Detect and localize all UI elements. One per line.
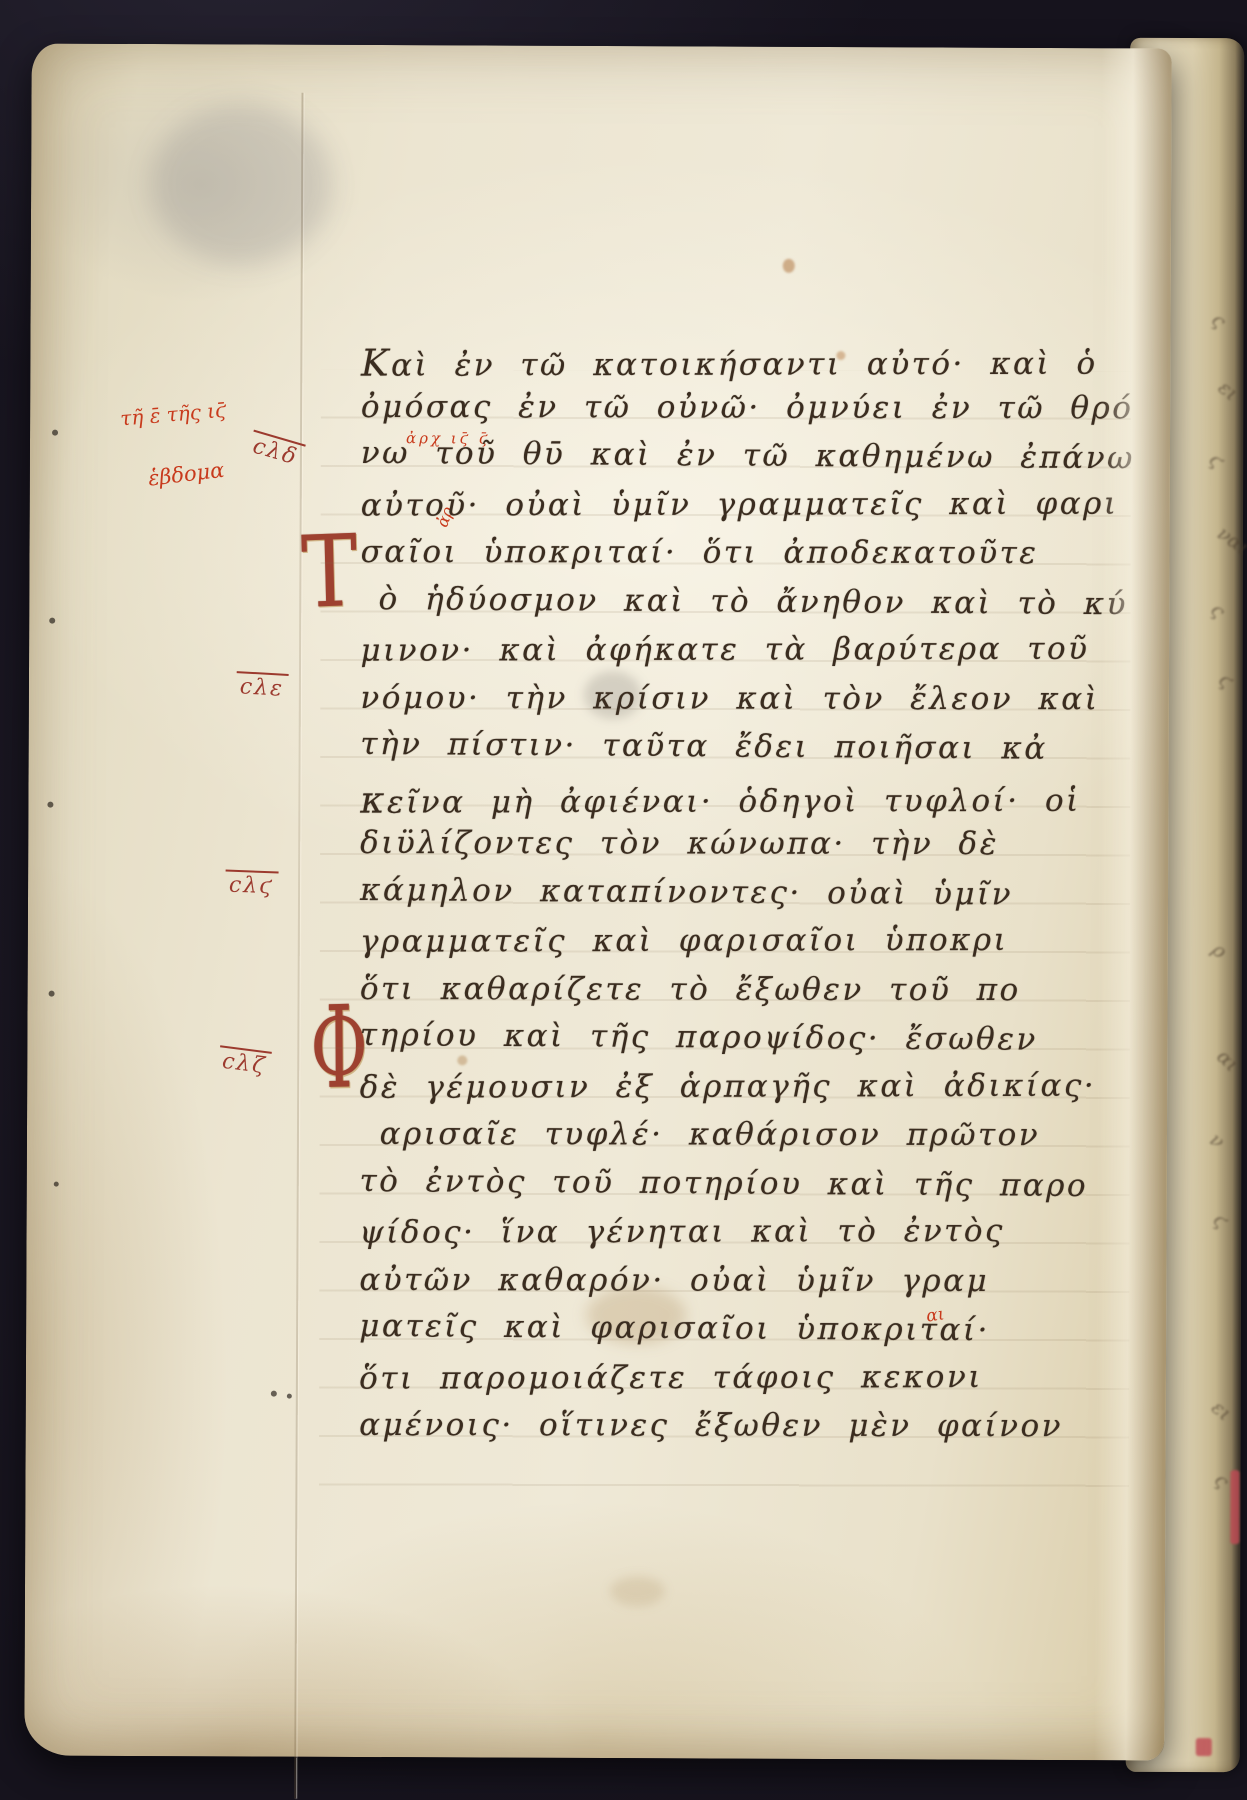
pricking-dot — [52, 430, 58, 436]
ribbon-edge — [1196, 1738, 1212, 1756]
text-line: δὲ γέμουσιν ἐξ ἁρπαγῆς καὶ ἀδικίας· — [360, 1067, 1140, 1118]
text-line: κάμηλον καταπίνοντες· οὐαὶ ὑμῖν — [360, 871, 1140, 925]
edge-text-fragment: ναι — [1213, 521, 1247, 560]
ink-dot — [271, 1391, 277, 1397]
gray-stain — [151, 104, 332, 265]
text-line: διϋλίζοντες τὸν κώνωπα· τὴν δὲ — [360, 825, 1140, 875]
text-line: νόμου· τὴν κρίσιν καὶ τὸν ἔλεον καὶ — [360, 679, 1140, 729]
text-line: τηρίου καὶ τῆς παροψίδος· ἔσωθεν — [360, 1017, 1140, 1071]
text-line: Καὶ ἐν τῶ κατοικήσαντι αὐτό· καὶ ὁ — [361, 340, 1141, 391]
text-line: αὐτοῦ· οὐαὶ ὑμῖν γραμματεῖς καὶ φαρι — [361, 485, 1141, 536]
pricking-dot — [49, 618, 55, 624]
text-line: ὅτι παρομοιάζετε τάφοις κεκονι — [359, 1358, 1139, 1409]
vertical-crease — [294, 93, 303, 1799]
section-number: ϲλζ — [217, 1045, 272, 1079]
edge-text-fragment: ϛ — [1209, 1207, 1233, 1232]
edge-text-fragment: ει — [1214, 375, 1243, 405]
text-line: ὀμόσας ἐν τῶ οὐνῶ· ὀμνύει ἐν τῶ θρό — [361, 388, 1141, 438]
lection-note-line2: ἑβδομα — [147, 458, 226, 491]
text-line: κεῖνα μὴ ἀφιέναι· ὁδηγοὶ τυφλοί· οἱ — [360, 776, 1140, 827]
text-line: νω τοῦ θῡ καὶ ἐν τῶ καθημένω ἐπάνω — [361, 435, 1141, 489]
text-column: Καὶ ἐν τῶ κατοικήσαντι αὐτό· καὶ ὁ ὀμόσα… — [359, 340, 1141, 1457]
text-line: ὅτι καθαρίζετε τὸ ἔξωθεν τοῦ πο — [360, 970, 1140, 1020]
pricking-dot — [47, 802, 53, 808]
edge-text-fragment: ρ — [1208, 937, 1232, 963]
text-line: ὸ ἡδύοσμον καὶ τὸ ἄνηθον καὶ τὸ κύ — [360, 580, 1140, 634]
edge-text-fragment: ς — [1206, 598, 1231, 623]
text-line: σαῖοι ὑποκριταί· ὅτι ἀποδεκατοῦτε — [361, 534, 1141, 584]
text-line: τὴν πίστιν· ταῦτα ἔδει ποιῆσαι κἀ — [360, 726, 1140, 780]
edge-text-fragment: ϛ — [1214, 667, 1238, 693]
manuscript-photo: ς ει ϛ ναι ς ϛ ρ αι ν ϛ ει ς τῆ ε̄ τῆς — [0, 0, 1247, 1800]
ink-dot — [287, 1394, 292, 1399]
section-number: ϲλε — [235, 671, 289, 702]
text-line: ματεῖς καὶ φαρισαῖοι ὑποκριταί· — [359, 1308, 1139, 1362]
pricking-dot — [54, 1182, 59, 1187]
brown-stain — [610, 1576, 665, 1606]
text-line: αμένοις· οἵτινες ἔξωθεν μὲν φαίνον — [359, 1407, 1139, 1457]
text-line: αρισαῖε τυφλέ· καθάρισον πρῶτον — [360, 1116, 1140, 1166]
edge-text-fragment: ϛ — [1204, 448, 1229, 473]
initial-tau: Τ — [300, 513, 359, 631]
edge-text-fragment: ει — [1207, 1395, 1237, 1425]
text-line: μινον· καὶ ἀφήκατε τὰ βαρύτερα τοῦ — [360, 631, 1140, 682]
edge-text-fragment: αι — [1212, 1044, 1244, 1076]
parchment-page: τῆ ε̄ τῆς ιϛ̄ ἑβδομα ϲλδ ϲλε ϲλϛ ϲλζ ἀρχ… — [24, 44, 1171, 1761]
ribbon-edge — [1230, 1470, 1239, 1544]
text-line: αὐτῶν καθαρόν· οὐαὶ ὑμῖν γραμ — [359, 1261, 1139, 1311]
section-number: ϲλϛ — [225, 869, 279, 899]
lection-note-line1: τῆ ε̄ τῆς ιϛ̄ — [119, 398, 227, 431]
edge-text-fragment: ν — [1205, 1127, 1229, 1154]
text-line: γραμματεῖς καὶ φαρισαῖοι ὑποκρι — [360, 922, 1140, 973]
pricking-dot — [49, 991, 55, 997]
text-line: ψίδος· ἵνα γένηται καὶ τὸ ἐντὸς — [359, 1213, 1139, 1264]
text-line: τὸ ἐντὸς τοῦ ποτηρίου καὶ τῆς παρο — [359, 1162, 1139, 1216]
rust-speck — [783, 259, 795, 273]
section-number: ϲλδ — [246, 430, 305, 472]
edge-text-fragment: ς — [1207, 307, 1231, 332]
